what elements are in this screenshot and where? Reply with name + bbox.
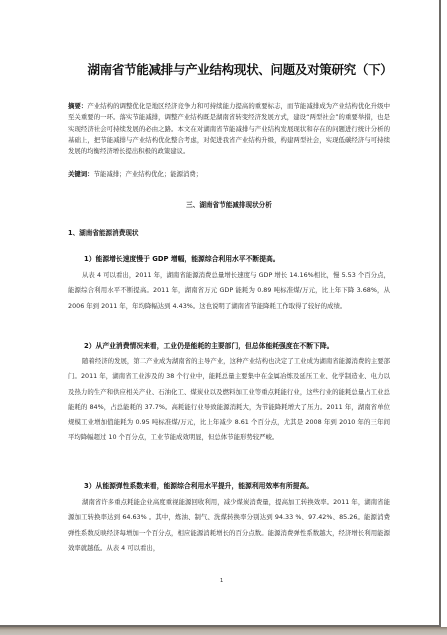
point-heading-2: 2）从产业消费情况来看，工业仍是能耗的主要部门，但总体能耗强度在不断下降。: [84, 340, 333, 350]
point-heading-1: 1）能源增长速度慢于 GDP 增幅，能源综合利用水平不断提高。: [84, 253, 280, 263]
document-title: 湖南省节能减排与产业结构现状、问题及对策研究（下）: [70, 60, 410, 78]
keywords: 关键词：节能减排；产业结构优化；能源消费；: [68, 169, 390, 180]
section-heading: 三、湖南省节能减排现状分析: [68, 199, 390, 209]
paragraph-3: 湖南省许多重点耗能企业高度重视能源回收利用，减少煤炭消费量，提高加工转换效率。2…: [68, 495, 390, 556]
point-heading-3: 3）从能源弹性系数来看，能源综合利用水平提升，能源利用效率有所提高。: [84, 480, 313, 490]
keywords-text: 节能减排；产业结构优化；能源消费；: [94, 170, 203, 178]
paragraph-2: 随着经济的发展，第二产业成为湖南省的主导产业，这种产业结构也决定了工业成为湖南省…: [68, 354, 390, 446]
abstract: 摘要：产业结构的调整优化是地区经济竞争力和可持续能力提高的重要标志，而节能减排成…: [68, 101, 390, 157]
page-shadow-bottom: [0, 627, 447, 635]
paragraph-1: 从表 4 可以看出，2011 年，湖南省能源消费总量增长速度与 GDP 增长 1…: [68, 268, 390, 314]
abstract-label: 摘要：: [68, 102, 87, 110]
document-page: 湖南省节能减排与产业结构现状、问题及对策研究（下） 摘要：产业结构的调整优化是地…: [0, 0, 441, 627]
page-number: 1: [220, 578, 223, 584]
abstract-text: 产业结构的调整优化是地区经济竞争力和可持续能力提高的重要标志，而节能减排成为产业…: [68, 102, 390, 155]
subsection-heading: 1、湖南省能源消费现状: [68, 227, 139, 237]
page-margin-right: [441, 0, 447, 627]
keywords-label: 关键词：: [68, 170, 94, 178]
